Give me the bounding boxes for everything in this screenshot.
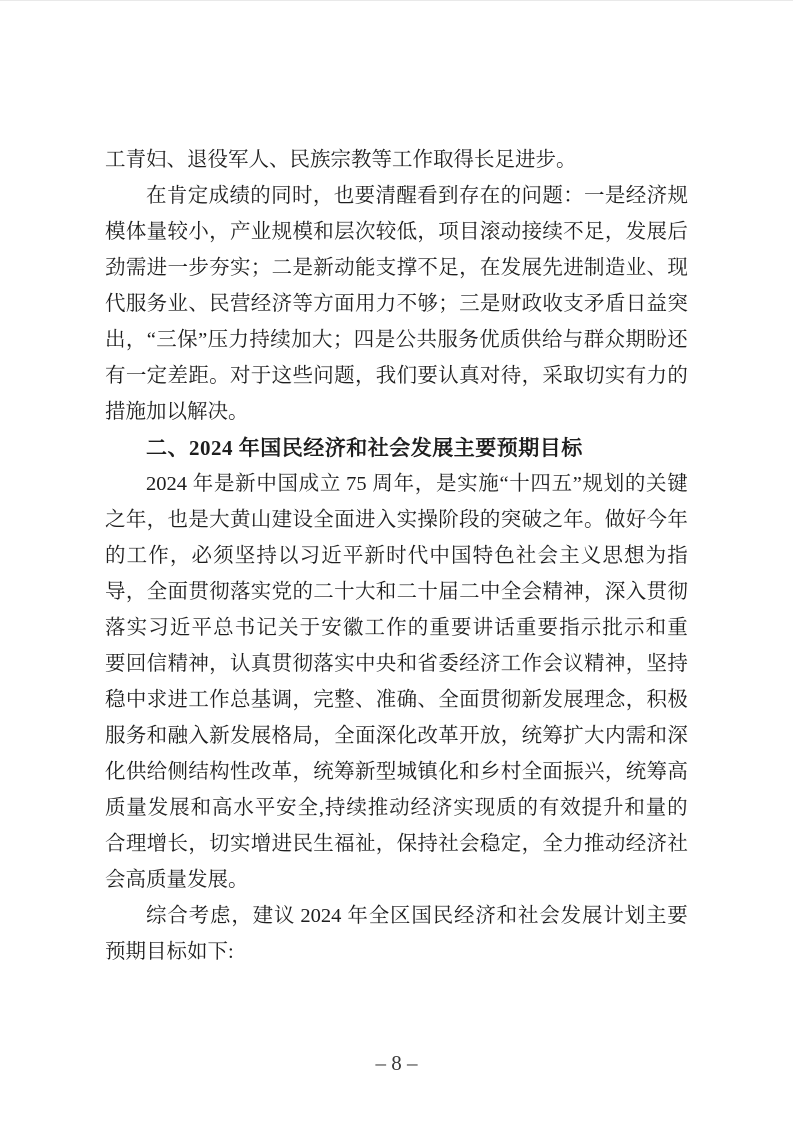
- text-line: 代服务业、民营经济等方面用力不够；三是财政收支矛盾日益突: [105, 286, 688, 322]
- text-line: 预期目标如下:: [105, 934, 688, 970]
- text-line: 化供给侧结构性改革，统筹新型城镇化和乡村全面振兴，统筹高: [105, 754, 688, 790]
- text-line: 模体量较小，产业规模和层次较低，项目滚动接续不足，发展后: [105, 214, 688, 250]
- text-line: 服务和融入新发展格局，全面深化改革开放，统筹扩大内需和深: [105, 718, 688, 754]
- text-line: 2024 年是新中国成立 75 周年，是实施“十四五”规划的关键: [105, 466, 688, 502]
- text-line: 措施加以解决。: [105, 394, 688, 430]
- section-heading: 二、2024 年国民经济和社会发展主要预期目标: [105, 430, 688, 466]
- text-line: 之年，也是大黄山建设全面进入实操阶段的突破之年。做好今年: [105, 502, 688, 538]
- text-line: 质量发展和高水平安全,持续推动经济实现质的有效提升和量的: [105, 790, 688, 826]
- text-line: 工青妇、退役军人、民族宗教等工作取得长足进步。: [105, 142, 688, 178]
- text-line: 稳中求进工作总基调，完整、准确、全面贯彻新发展理念，积极: [105, 682, 688, 718]
- text-line: 合理增长，切实增进民生福祉，保持社会稳定，全力推动经济社: [105, 826, 688, 862]
- text-line: 在肯定成绩的同时，也要清醒看到存在的问题：一是经济规: [105, 178, 688, 214]
- text-line: 的工作，必须坚持以习近平新时代中国特色社会主义思想为指: [105, 538, 688, 574]
- text-line: 会高质量发展。: [105, 862, 688, 898]
- text-line: 导，全面贯彻落实党的二十大和二十届二中全会精神，深入贯彻: [105, 574, 688, 610]
- text-line: 要回信精神，认真贯彻落实中央和省委经济工作会议精神，坚持: [105, 646, 688, 682]
- document-body: 工青妇、退役军人、民族宗教等工作取得长足进步。在肯定成绩的同时，也要清醒看到存在…: [105, 142, 688, 970]
- text-line: 有一定差距。对于这些问题，我们要认真对待，采取切实有力的: [105, 358, 688, 394]
- text-line: 综合考虑，建议 2024 年全区国民经济和社会发展计划主要: [105, 898, 688, 934]
- text-line: 落实习近平总书记关于安徽工作的重要讲话重要指示批示和重: [105, 610, 688, 646]
- page-footer: – 8 –: [0, 1049, 793, 1077]
- document-page: 工青妇、退役军人、民族宗教等工作取得长足进步。在肯定成绩的同时，也要清醒看到存在…: [0, 0, 793, 1122]
- page-number: – 8 –: [376, 1051, 418, 1075]
- text-line: 劲需进一步夯实；二是新动能支撑不足，在发展先进制造业、现: [105, 250, 688, 286]
- text-line: 出，“三保”压力持续加大；四是公共服务优质供给与群众期盼还: [105, 322, 688, 358]
